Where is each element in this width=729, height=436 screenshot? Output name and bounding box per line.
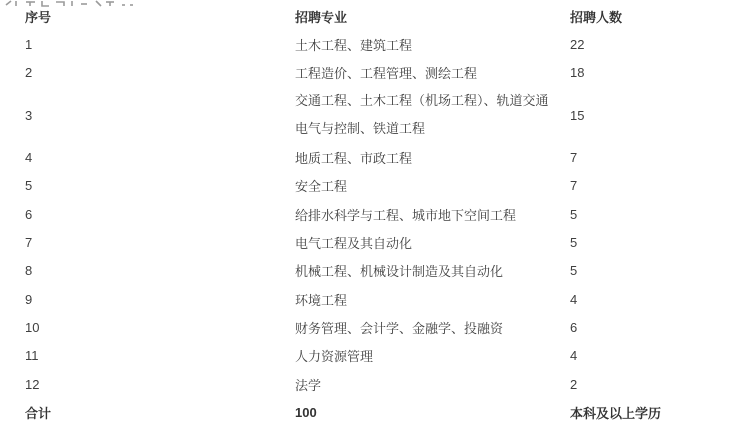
recruitment-table-page: 序号 招聘专业 招聘人数 1 土木工程、建筑工程 22 2 工程造价、工程管理、… (0, 0, 729, 436)
table-row: 4 地质工程、市政工程 7 (25, 143, 729, 171)
row-major-line: 电气与控制、铁道工程 (295, 115, 570, 143)
table-row: 3 交通工程、土木工程（机场工程）、轨道交通 电气与控制、铁道工程 15 (25, 87, 729, 144)
row-count-cell: 4 (570, 348, 729, 363)
column-header-major: 招聘专业 (295, 7, 570, 26)
row-count-cell: 7 (570, 150, 729, 165)
row-major-cell: 地质工程、市政工程 (295, 148, 570, 167)
row-index-cell: 3 (25, 108, 295, 123)
row-count-cell: 2 (570, 377, 729, 392)
column-header-index: 序号 (25, 7, 295, 26)
row-major-cell: 安全工程 (295, 176, 570, 195)
row-index-cell: 10 (25, 320, 295, 335)
row-index-cell: 11 (25, 348, 295, 363)
row-major-cell: 电气工程及其自动化 (295, 233, 570, 252)
row-index-cell: 5 (25, 178, 295, 193)
row-index-cell: 4 (25, 150, 295, 165)
footer-total-label: 合计 (25, 403, 295, 422)
table-row: 2 工程造价、工程管理、测绘工程 18 (25, 59, 729, 87)
row-index-cell: 9 (25, 292, 295, 307)
table-row: 6 给排水科学与工程、城市地下空间工程 5 (25, 200, 729, 228)
row-count-cell: 6 (570, 320, 729, 335)
row-major-cell: 工程造价、工程管理、测绘工程 (295, 63, 570, 82)
row-count-cell: 5 (570, 263, 729, 278)
row-major-cell: 法学 (295, 375, 570, 394)
row-index-cell: 1 (25, 37, 295, 52)
column-header-count: 招聘人数 (570, 7, 729, 26)
row-major-cell: 交通工程、土木工程（机场工程）、轨道交通 电气与控制、铁道工程 (295, 87, 570, 144)
table-row: 10 财务管理、会计学、金融学、投融资 6 (25, 313, 729, 341)
row-count-cell: 15 (570, 108, 729, 123)
row-count-cell: 4 (570, 292, 729, 307)
row-count-cell: 5 (570, 235, 729, 250)
row-major-line: 交通工程、土木工程（机场工程）、轨道交通 (295, 87, 570, 115)
row-index-cell: 2 (25, 65, 295, 80)
row-index-cell: 12 (25, 377, 295, 392)
row-count-cell: 18 (570, 65, 729, 80)
row-index-cell: 6 (25, 207, 295, 222)
row-major-cell: 机械工程、机械设计制造及其自动化 (295, 261, 570, 280)
table-header-row: 序号 招聘专业 招聘人数 (25, 2, 729, 30)
table-row: 1 土木工程、建筑工程 22 (25, 30, 729, 58)
row-major-cell: 财务管理、会计学、金融学、投融资 (295, 318, 570, 337)
row-major-cell: 人力资源管理 (295, 346, 570, 365)
row-major-cell: 土木工程、建筑工程 (295, 35, 570, 54)
footer-total-count: 100 (295, 405, 570, 420)
table-row: 12 法学 2 (25, 370, 729, 398)
row-count-cell: 22 (570, 37, 729, 52)
row-count-cell: 7 (570, 178, 729, 193)
footer-education-requirement: 本科及以上学历 (570, 403, 729, 422)
table-row: 8 机械工程、机械设计制造及其自动化 5 (25, 257, 729, 285)
table-row: 7 电气工程及其自动化 5 (25, 228, 729, 256)
row-index-cell: 8 (25, 263, 295, 278)
row-index-cell: 7 (25, 235, 295, 250)
table-row: 5 安全工程 7 (25, 172, 729, 200)
table-row: 9 环境工程 4 (25, 285, 729, 313)
row-major-cell: 环境工程 (295, 290, 570, 309)
row-major-cell: 给排水科学与工程、城市地下空间工程 (295, 205, 570, 224)
recruitment-table: 序号 招聘专业 招聘人数 1 土木工程、建筑工程 22 2 工程造价、工程管理、… (25, 2, 729, 426)
row-count-cell: 5 (570, 207, 729, 222)
table-footer-row: 合计 100 本科及以上学历 (25, 398, 729, 426)
table-row: 11 人力资源管理 4 (25, 342, 729, 370)
